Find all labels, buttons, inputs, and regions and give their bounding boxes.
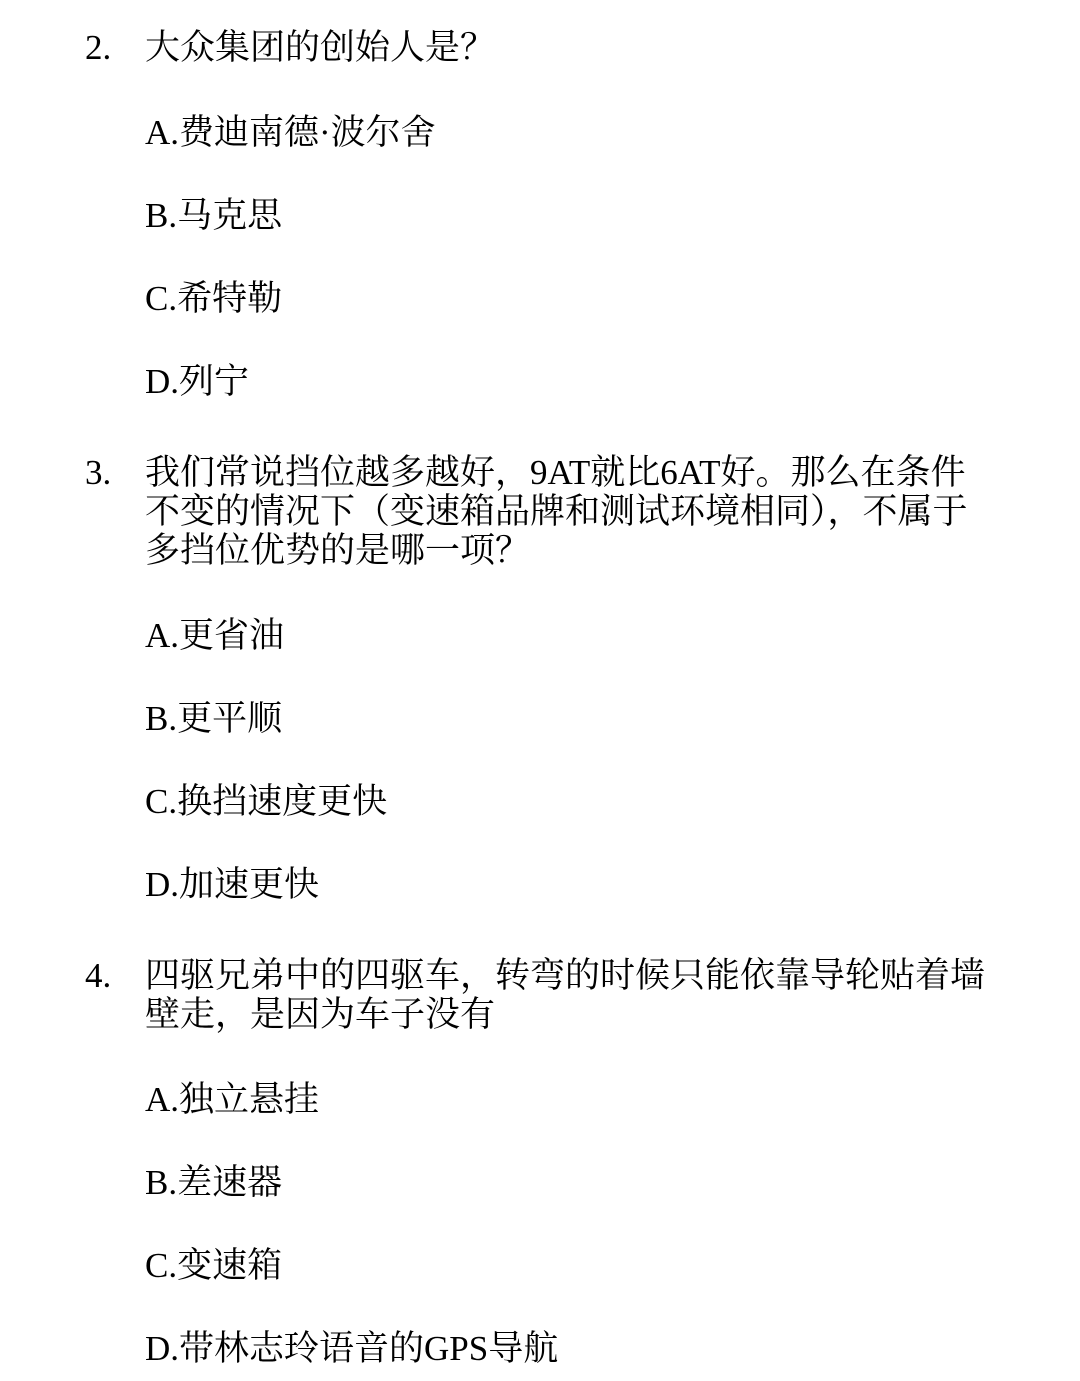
option-text: 加速更快 — [179, 865, 319, 904]
option-label: D. — [145, 1329, 179, 1368]
option-text: 变速箱 — [177, 1246, 282, 1285]
option-label: B. — [145, 196, 177, 235]
question-block-2: 2. 大众集团的创始人是？ A.费迪南德·波尔舍 B.马克思 C.希特勒 D.列… — [0, 28, 1080, 401]
question-head: 3. 我们常说挡位越多越好，9AT就比6AT好。那么在条件不变的情况下（变速箱品… — [0, 453, 1080, 570]
option-text: 列宁 — [179, 362, 249, 401]
question-number: 4. — [0, 956, 145, 995]
option-row-a: A.更省油 — [145, 616, 1080, 655]
option-text: 更平顺 — [177, 699, 282, 738]
option-text: 带林志玲语音的GPS导航 — [179, 1329, 558, 1368]
option-label: C. — [145, 1246, 177, 1285]
option-text: 更省油 — [179, 616, 284, 655]
option-row-d: D.带林志玲语音的GPS导航 — [145, 1329, 1080, 1368]
option-row-d: D.加速更快 — [145, 865, 1080, 904]
option-label: A. — [145, 616, 179, 655]
option-row-a: A.费迪南德·波尔舍 — [145, 113, 1080, 152]
option-label: A. — [145, 113, 179, 152]
question-number: 3. — [0, 453, 145, 492]
option-label: D. — [145, 362, 179, 401]
option-text: 差速器 — [177, 1163, 282, 1202]
option-row-c: C.希特勒 — [145, 279, 1080, 318]
option-row-b: B.更平顺 — [145, 699, 1080, 738]
question-text: 我们常说挡位越多越好，9AT就比6AT好。那么在条件不变的情况下（变速箱品牌和测… — [145, 453, 990, 570]
option-row-a: A.独立悬挂 — [145, 1080, 1080, 1119]
option-text: 希特勒 — [177, 279, 282, 318]
option-label: D. — [145, 865, 179, 904]
question-text: 四驱兄弟中的四驱车，转弯的时候只能依靠导轮贴着墙壁走，是因为车子没有 — [145, 956, 990, 1034]
question-number: 2. — [0, 28, 145, 67]
option-label: A. — [145, 1080, 179, 1119]
option-text: 换挡速度更快 — [177, 782, 387, 821]
option-label: C. — [145, 279, 177, 318]
question-head: 2. 大众集团的创始人是？ — [0, 28, 1080, 67]
options-list: A.费迪南德·波尔舍 B.马克思 C.希特勒 D.列宁 — [145, 113, 1080, 401]
option-label: C. — [145, 782, 177, 821]
option-row-d: D.列宁 — [145, 362, 1080, 401]
question-text: 大众集团的创始人是？ — [145, 28, 990, 67]
question-block-3: 3. 我们常说挡位越多越好，9AT就比6AT好。那么在条件不变的情况下（变速箱品… — [0, 453, 1080, 904]
option-row-b: B.差速器 — [145, 1163, 1080, 1202]
option-text: 马克思 — [177, 196, 282, 235]
quiz-document-page: 2. 大众集团的创始人是？ A.费迪南德·波尔舍 B.马克思 C.希特勒 D.列… — [0, 0, 1080, 1381]
options-list: A.更省油 B.更平顺 C.换挡速度更快 D.加速更快 — [145, 616, 1080, 904]
options-list: A.独立悬挂 B.差速器 C.变速箱 D.带林志玲语音的GPS导航 — [145, 1080, 1080, 1368]
option-row-b: B.马克思 — [145, 196, 1080, 235]
question-head: 4. 四驱兄弟中的四驱车，转弯的时候只能依靠导轮贴着墙壁走，是因为车子没有 — [0, 956, 1080, 1034]
option-text: 费迪南德·波尔舍 — [179, 113, 436, 152]
option-row-c: C.换挡速度更快 — [145, 782, 1080, 821]
option-text: 独立悬挂 — [179, 1080, 319, 1119]
option-label: B. — [145, 699, 177, 738]
question-block-4: 4. 四驱兄弟中的四驱车，转弯的时候只能依靠导轮贴着墙壁走，是因为车子没有 A.… — [0, 956, 1080, 1368]
option-label: B. — [145, 1163, 177, 1202]
option-row-c: C.变速箱 — [145, 1246, 1080, 1285]
